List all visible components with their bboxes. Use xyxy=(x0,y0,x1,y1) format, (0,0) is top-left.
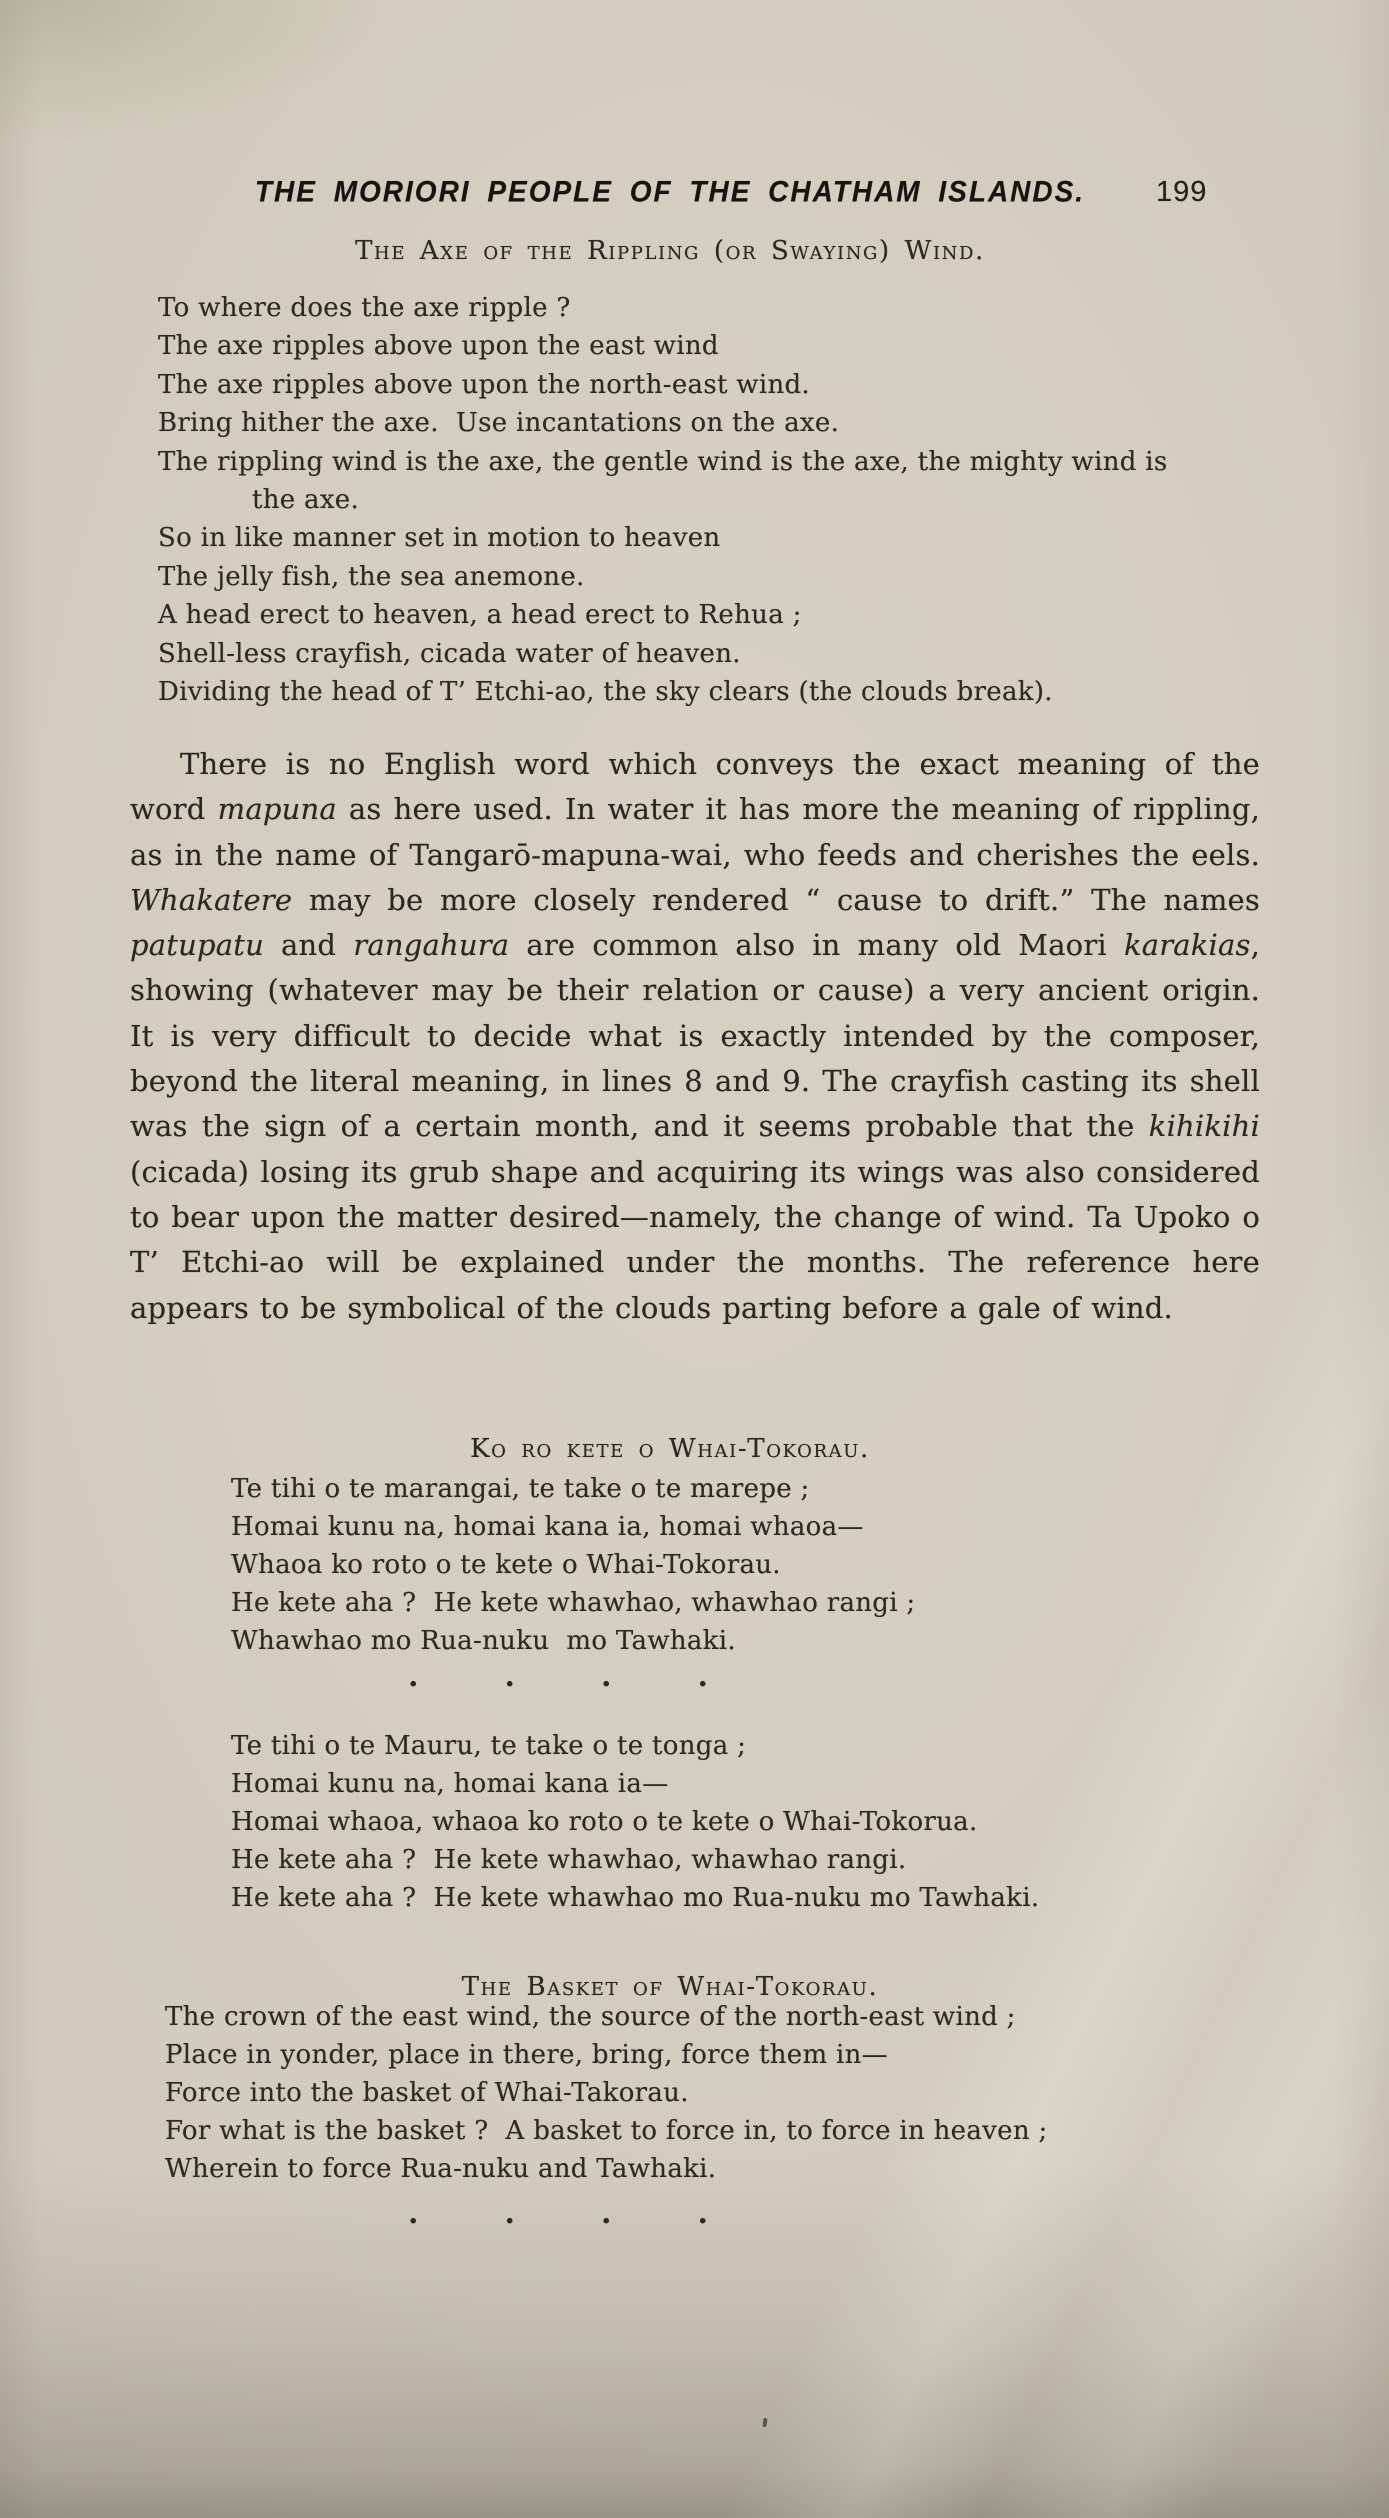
italic-term: karakias xyxy=(1124,928,1251,962)
paper-speck xyxy=(762,2418,767,2427)
verse-line: Homai whaoa, whaoa ko roto o te kete o W… xyxy=(231,1803,1039,1841)
verse-separator-dots: . . . . xyxy=(408,2205,708,2223)
separator-dot: . xyxy=(601,2205,611,2223)
verse-line: Place in yonder, place in there, bring, … xyxy=(165,2036,1048,2074)
italic-term: patupatu xyxy=(130,928,264,962)
verse-line: Whaoa ko roto o te kete o Whai-Tokorau. xyxy=(231,1546,915,1584)
book-page: THE MORIORI PEOPLE OF THE CHATHAM ISLAND… xyxy=(0,0,1389,2518)
running-header: THE MORIORI PEOPLE OF THE CHATHAM ISLAND… xyxy=(0,176,1340,208)
italic-term: kihikihi xyxy=(1149,1109,1260,1143)
text-run: (cicada) losing its grub shape and acqui… xyxy=(130,1155,1260,1325)
verse-line: For what is the basket ? A basket to for… xyxy=(165,2112,1048,2150)
italic-term: Whakatere xyxy=(130,883,292,917)
verse-separator-dots: . . . . xyxy=(408,1668,708,1686)
verse-line: The crown of the east wind, the source o… xyxy=(165,1998,1048,2036)
verse-line: Whawhao mo Rua-nuku mo Tawhaki. xyxy=(231,1622,915,1660)
text-run: may be more closely rendered “ cause to … xyxy=(292,883,1260,917)
verse-line: Wherein to force Rua-nuku and Tawhaki. xyxy=(165,2150,1048,2188)
verse-line: Shell-less crayfish, cicada water of hea… xyxy=(158,635,1168,673)
verse-line: He kete aha ? He kete whawhao, whawhao r… xyxy=(231,1841,1039,1879)
separator-dot: . xyxy=(505,2205,515,2223)
separator-dot: . xyxy=(505,1668,515,1686)
italic-term: mapuna xyxy=(218,792,337,826)
verse-kete-first: Te tihi o te marangai, te take o te mare… xyxy=(231,1470,915,1660)
verse-line: A head erect to heaven, a head erect to … xyxy=(158,596,1168,634)
verse-line: The axe ripples above upon the north-eas… xyxy=(158,366,1168,404)
separator-dot: . xyxy=(408,2205,418,2223)
page-number: 199 xyxy=(1156,176,1207,209)
verse-line: Homai kunu na, homai kana ia— xyxy=(231,1765,1039,1803)
separator-dot: . xyxy=(408,1668,418,1686)
verse-line: He kete aha ? He kete whawhao mo Rua-nuk… xyxy=(231,1879,1039,1917)
separator-dot: . xyxy=(698,1668,708,1686)
section-heading-kete: Ko ro kete o Whai-Tokorau. xyxy=(0,1434,1340,1464)
verse-line: So in like manner set in motion to heave… xyxy=(158,519,1168,557)
running-header-title: THE MORIORI PEOPLE OF THE CHATHAM ISLAND… xyxy=(255,175,1085,209)
verse-line: Te tihi o te Mauru, te take o te tonga ; xyxy=(231,1727,1039,1765)
separator-dot: . xyxy=(601,1668,611,1686)
verse-line: The axe ripples above upon the east wind xyxy=(158,327,1168,365)
verse-line: Te tihi o te marangai, te take o te mare… xyxy=(231,1470,915,1508)
verse-basket: The crown of the east wind, the source o… xyxy=(165,1998,1048,2188)
verse-line: Bring hither the axe. Use incantations o… xyxy=(158,404,1168,442)
verse-line: Force into the basket of Whai-Takorau. xyxy=(165,2074,1048,2112)
verse-line: To where does the axe ripple ? xyxy=(158,289,1168,327)
verse-line: Dividing the head of T’ Etchi-ao, the sk… xyxy=(158,673,1168,711)
verse-line: the axe. xyxy=(158,481,1168,519)
verse-kete-second: Te tihi o te Mauru, te take o te tonga ;… xyxy=(231,1727,1039,1917)
verse-line: Homai kunu na, homai kana ia, homai whao… xyxy=(231,1508,915,1546)
text-run: and xyxy=(264,928,353,962)
commentary-paragraph: There is no English word which conveys t… xyxy=(130,742,1260,1331)
verse-line: The rippling wind is the axe, the gentle… xyxy=(158,443,1168,481)
text-run: are common also in many old Maori xyxy=(509,928,1124,962)
italic-term: rangahura xyxy=(353,928,509,962)
verse-line: The jelly fish, the sea anemone. xyxy=(158,558,1168,596)
verse-line: He kete aha ? He kete whawhao, whawhao r… xyxy=(231,1584,915,1622)
verse-axe: To where does the axe ripple ? The axe r… xyxy=(158,289,1168,711)
section-heading-axe: The Axe of the Rippling (or Swaying) Win… xyxy=(0,236,1340,266)
separator-dot: . xyxy=(698,2205,708,2223)
